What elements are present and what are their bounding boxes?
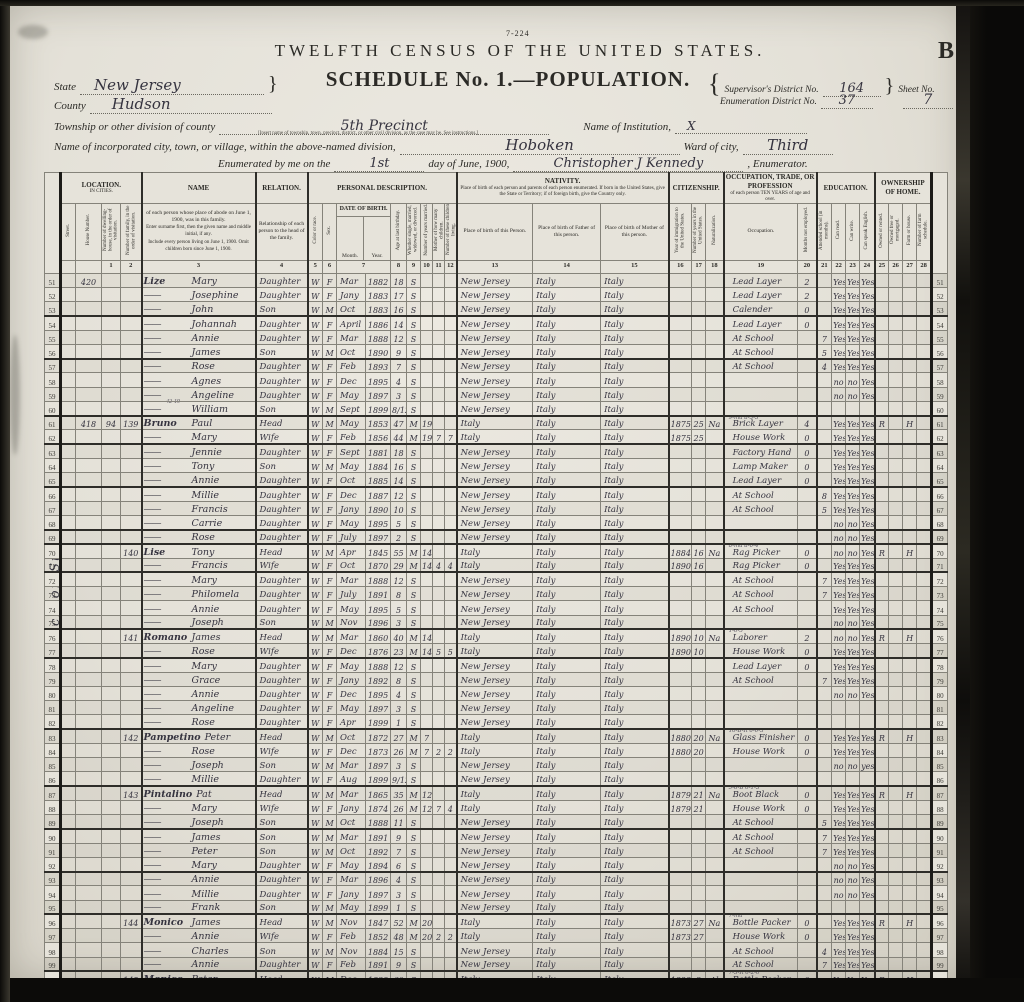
given-name: Annie xyxy=(188,689,220,700)
cell-farm-schedule xyxy=(917,886,932,900)
cell-line-number: 89 xyxy=(45,815,61,829)
cell-years-in-us xyxy=(692,373,706,387)
cell-pob-mother: Italy xyxy=(601,430,669,444)
cell-pob: New Jersey xyxy=(457,686,533,700)
cell-years-in-us xyxy=(692,501,706,515)
cell-occupation: At School xyxy=(724,601,798,615)
cell-pob-father: Italy xyxy=(533,359,601,373)
cell-children-living xyxy=(445,473,457,487)
colnum-7: 7 xyxy=(337,260,391,273)
cell-naturalization xyxy=(706,287,724,301)
cell-occupation xyxy=(724,872,798,886)
cell-birth-year: 1870 xyxy=(366,558,391,572)
cell-birth-year: 1895 xyxy=(366,686,391,700)
cell-color: W xyxy=(308,387,323,401)
occupation-text: Factory Hand xyxy=(733,448,792,458)
cell-can-english: Yes xyxy=(860,601,875,615)
cell-years-married: 19 xyxy=(421,430,433,444)
colnum-28: 28 xyxy=(917,260,932,273)
cell-can-english: Yes xyxy=(860,829,875,843)
cell-immigration-year xyxy=(669,615,692,629)
cell-birth-year: 1897 xyxy=(366,701,391,715)
group-ownership: OWNERSHIP OF HOME. xyxy=(875,173,932,204)
cell-can-english: Yes xyxy=(860,316,875,330)
cell-line-number: 63 xyxy=(932,444,948,458)
cell-months-not-employed xyxy=(798,615,817,629)
cell-can-english: Yes xyxy=(860,572,875,586)
cell-sex: M xyxy=(323,302,337,316)
cell-farm-schedule xyxy=(917,515,932,529)
cell-farm-schedule xyxy=(917,416,932,430)
cell-free-mortgaged xyxy=(889,444,903,458)
cell-naturalization xyxy=(706,615,724,629)
cell-name: ——Rose xyxy=(142,359,256,373)
age-label: Age at last birthday. xyxy=(396,210,401,250)
cell-months-not-employed: 0 xyxy=(798,444,817,458)
cell-school-months xyxy=(817,758,832,772)
cell-house-number xyxy=(76,886,102,900)
cell-house-number xyxy=(76,629,102,643)
cell-pob: Italy xyxy=(457,430,533,444)
cell-owned-rented xyxy=(875,957,889,971)
cell-school-months xyxy=(817,515,832,529)
cell-sex: F xyxy=(323,530,337,544)
colnum-24: 24 xyxy=(860,260,875,273)
cell-naturalization: Na xyxy=(706,544,724,558)
surname: Pintalino xyxy=(144,789,193,800)
cell-relation: Daughter xyxy=(256,672,308,686)
cell-owned-rented xyxy=(875,401,889,415)
cell-relation: Son xyxy=(256,843,308,857)
cell-sex: M xyxy=(323,416,337,430)
cell-occupation: Rag Picker xyxy=(724,558,798,572)
cell-color: W xyxy=(308,601,323,615)
cell-farm-house xyxy=(903,743,917,757)
months-not-employed-label: Months not employed. xyxy=(804,207,809,252)
cell-years-in-us xyxy=(692,957,706,971)
cell-can-read: Yes xyxy=(832,359,846,373)
col-school: Attended school (in months). xyxy=(817,204,832,261)
cell-family-number xyxy=(121,900,142,914)
cell-mother-of xyxy=(433,701,445,715)
cell-birth-month: Feb xyxy=(337,957,366,971)
cell-farm-house xyxy=(903,330,917,344)
cell-house-number xyxy=(76,772,102,786)
cell-months-not-employed xyxy=(798,344,817,358)
cell-birth-month: Nov xyxy=(337,943,366,957)
surname-ditto: —— xyxy=(144,774,188,785)
cell-pob: New Jersey xyxy=(457,487,533,501)
census-row: 62——MaryWifeWFFeb185644M1977ItalyItalyIt… xyxy=(45,430,948,444)
cell-farm-house xyxy=(903,686,917,700)
cell-birth-year: 1865 xyxy=(366,786,391,800)
cell-occupation: Lead Layer xyxy=(724,316,798,330)
col-children-living: Number of these children living. xyxy=(445,204,457,261)
cell-color: W xyxy=(308,743,323,757)
cell-sex: F xyxy=(323,273,337,287)
cell-marital: M xyxy=(407,800,421,814)
cell-family-number: 139 xyxy=(121,416,142,430)
cell-line-number: 90 xyxy=(932,829,948,843)
cell-pob: New Jersey xyxy=(457,615,533,629)
cell-marital: S xyxy=(407,473,421,487)
cell-family-number: 141 xyxy=(121,629,142,643)
cell-children-living: 2 xyxy=(445,929,457,943)
cell-name: ——Annie xyxy=(142,473,256,487)
cell-years-in-us: 16 xyxy=(692,558,706,572)
cell-can-read: Yes xyxy=(832,943,846,957)
cell-can-read: Yes xyxy=(832,473,846,487)
given-name: Mary xyxy=(188,575,217,586)
cell-line-number: 79 xyxy=(45,672,61,686)
surname-ditto: —— xyxy=(144,959,188,970)
cell-months-not-employed xyxy=(798,815,817,829)
cell-can-write: Yes xyxy=(846,416,860,430)
cell-immigration-year: 1880 xyxy=(669,729,692,743)
cell-immigration-year xyxy=(669,715,692,729)
cell-pob: New Jersey xyxy=(457,715,533,729)
cell-years-in-us xyxy=(692,772,706,786)
cell-mother-of xyxy=(433,587,445,601)
cell-children-living: 4 xyxy=(445,558,457,572)
cell-pob-father: Italy xyxy=(533,458,601,472)
cell-line-number: 58 xyxy=(45,373,61,387)
cell-relation: Daughter xyxy=(256,473,308,487)
cell-house-number xyxy=(76,302,102,316)
cell-color: W xyxy=(308,515,323,529)
col-house-number: House Number. xyxy=(76,204,102,261)
cell-naturalization xyxy=(706,943,724,957)
cell-street xyxy=(61,530,76,544)
cell-birth-month: Dec xyxy=(337,743,366,757)
cell-street xyxy=(61,359,76,373)
colnum-26: 26 xyxy=(889,260,903,273)
cell-can-english: Yes xyxy=(860,587,875,601)
given-name: Peter xyxy=(201,732,231,743)
cell-color: W xyxy=(308,729,323,743)
cell-can-english xyxy=(860,772,875,786)
cell-house-number xyxy=(76,373,102,387)
cell-age: 4 xyxy=(391,686,407,700)
cell-age: 8/12 xyxy=(391,401,407,415)
cell-free-mortgaged xyxy=(889,601,903,615)
surname-ditto: —— xyxy=(144,746,188,757)
surname-ditto: —— xyxy=(144,874,188,885)
cell-name: ——Annie xyxy=(142,929,256,943)
cell-years-in-us xyxy=(692,715,706,729)
cell-farm-house xyxy=(903,587,917,601)
given-name: James xyxy=(188,832,221,843)
cell-years-married xyxy=(421,473,433,487)
census-row: 75——JosephSonWMNov18963SNew JerseyItalyI… xyxy=(45,615,948,629)
colnum-25: 25 xyxy=(875,260,889,273)
cell-months-not-employed: 0 xyxy=(798,558,817,572)
cell-farm-schedule xyxy=(917,487,932,501)
col-marital: Whether single, married, widowed, or div… xyxy=(407,204,421,261)
cell-sex: F xyxy=(323,501,337,515)
cell-street xyxy=(61,914,76,928)
cell-owned-rented xyxy=(875,701,889,715)
surname-ditto: —— xyxy=(144,689,188,700)
cell-pob: New Jersey xyxy=(457,501,533,515)
cell-immigration-year: 1875 xyxy=(669,416,692,430)
occupation-text: At School xyxy=(733,576,774,586)
cell-can-english: Yes xyxy=(860,886,875,900)
cell-family-number: 142 xyxy=(121,729,142,743)
cell-years-in-us xyxy=(692,601,706,615)
occupation-annotation: 7-ma xyxy=(729,914,743,920)
cell-color: W xyxy=(308,273,323,287)
cell-farm-house xyxy=(903,843,917,857)
cell-years-married: 20 xyxy=(421,929,433,943)
cell-dwelling-number xyxy=(102,501,121,515)
cell-owned-rented xyxy=(875,444,889,458)
cell-school-months xyxy=(817,929,832,943)
surname-ditto: —— xyxy=(144,376,188,387)
cell-months-not-employed xyxy=(798,373,817,387)
cell-children-living xyxy=(445,857,457,871)
census-row: 63——JennieDaughterWFSept188118SNew Jerse… xyxy=(45,444,948,458)
cell-pob-father: Italy xyxy=(533,544,601,558)
cell-school-months: 5 xyxy=(817,344,832,358)
cell-years-married: 12 xyxy=(421,786,433,800)
cell-owned-rented xyxy=(875,644,889,658)
col-age: Age at last birthday. xyxy=(391,204,407,261)
cell-age: 26 xyxy=(391,800,407,814)
cell-birth-month: Oct xyxy=(337,302,366,316)
cell-sex: F xyxy=(323,515,337,529)
census-row: 79——GraceDaughterWFJany18928SNew JerseyI… xyxy=(45,672,948,686)
row-number-header-right xyxy=(932,173,948,274)
farm-schedule-label: Number of farm schedule. xyxy=(918,204,929,256)
cell-occupation: Factory Hand xyxy=(724,444,798,458)
cell-owned-rented xyxy=(875,316,889,330)
cell-sex: F xyxy=(323,872,337,886)
colnum-10: 10 xyxy=(421,260,433,273)
cell-line-number: 70 xyxy=(45,544,61,558)
given-name: Tony xyxy=(188,547,215,558)
cell-birth-year: 1886 xyxy=(366,316,391,330)
cell-street xyxy=(61,786,76,800)
cell-years-married xyxy=(421,658,433,672)
cell-age: 5 xyxy=(391,601,407,615)
cell-can-read: Yes xyxy=(832,672,846,686)
cell-dwelling-number xyxy=(102,929,121,943)
cell-relation: Wife xyxy=(256,430,308,444)
cell-farm-schedule xyxy=(917,815,932,829)
cell-owned-rented xyxy=(875,743,889,757)
cell-children-living xyxy=(445,316,457,330)
surname-ditto: —— xyxy=(144,404,188,415)
cell-owned-rented xyxy=(875,943,889,957)
cell-mother-of xyxy=(433,316,445,330)
dwelling-label: Number of dwelling-house, in the order o… xyxy=(103,204,119,256)
cell-birth-year: 1847 xyxy=(366,914,391,928)
cell-pob: New Jersey xyxy=(457,829,533,843)
cell-children-living xyxy=(445,344,457,358)
cell-street xyxy=(61,316,76,330)
cell-marital: S xyxy=(407,601,421,615)
cell-naturalization: Na xyxy=(706,629,724,643)
cell-birth-year: 1876 xyxy=(366,644,391,658)
cell-house-number xyxy=(76,743,102,757)
cell-mother-of xyxy=(433,772,445,786)
cell-dwelling-number: 94 xyxy=(102,416,121,430)
cell-dwelling-number xyxy=(102,686,121,700)
cell-birth-year: 1881 xyxy=(366,444,391,458)
name-line2: Enter surname first, then the given name… xyxy=(146,225,251,237)
cell-birth-month: Feb xyxy=(337,929,366,943)
schedule-title: SCHEDULE No. 1.—POPULATION. xyxy=(326,67,690,92)
cell-years-in-us xyxy=(692,487,706,501)
cell-can-write: Yes xyxy=(846,943,860,957)
cell-can-read: Yes xyxy=(832,800,846,814)
cell-street xyxy=(61,558,76,572)
cell-pob: New Jersey xyxy=(457,458,533,472)
cell-pob-mother: Italy xyxy=(601,815,669,829)
cell-marital: M xyxy=(407,629,421,643)
cell-family-number xyxy=(121,701,142,715)
cell-years-in-us xyxy=(692,672,706,686)
cell-free-mortgaged xyxy=(889,302,903,316)
cell-immigration-year: 1879 xyxy=(669,800,692,814)
cell-occupation: At School xyxy=(724,344,798,358)
cell-months-not-employed xyxy=(798,772,817,786)
given-name: Mary xyxy=(188,432,217,443)
cell-free-mortgaged xyxy=(889,786,903,800)
cell-can-english: Yes xyxy=(860,914,875,928)
cell-color: W xyxy=(308,658,323,672)
given-name: Charles xyxy=(188,946,229,957)
cell-years-married xyxy=(421,900,433,914)
colnum-3: 3 xyxy=(142,260,256,273)
cell-street xyxy=(61,444,76,458)
cell-years-married xyxy=(421,829,433,843)
given-name: Annie xyxy=(188,874,220,885)
cell-birth-month: Mar xyxy=(337,872,366,886)
cell-relation: Daughter xyxy=(256,487,308,501)
cell-farm-house xyxy=(903,800,917,814)
cell-can-write: Yes xyxy=(846,601,860,615)
cell-can-read: Yes xyxy=(832,786,846,800)
cell-years-in-us xyxy=(692,387,706,401)
surname-ditto: —— xyxy=(144,560,188,571)
cell-relation: Wife xyxy=(256,800,308,814)
cell-can-english: Yes xyxy=(860,373,875,387)
cell-dwelling-number xyxy=(102,444,121,458)
cell-years-in-us xyxy=(692,273,706,287)
cell-marital: S xyxy=(407,815,421,829)
dob-year-label: Year. xyxy=(364,217,390,260)
census-row: 68——CarrieDaughterWFMay18955SNew JerseyI… xyxy=(45,515,948,529)
cell-color: W xyxy=(308,458,323,472)
cell-age: 27 xyxy=(391,729,407,743)
cell-pob-mother: Italy xyxy=(601,843,669,857)
cell-pob: Italy xyxy=(457,800,533,814)
cell-color: W xyxy=(308,558,323,572)
cell-can-write: no xyxy=(846,615,860,629)
cell-can-english: Yes xyxy=(860,672,875,686)
cell-pob-father: Italy xyxy=(533,287,601,301)
cell-pob-mother: Italy xyxy=(601,914,669,928)
cell-birth-month: May xyxy=(337,701,366,715)
cell-can-read: Yes xyxy=(832,729,846,743)
cell-can-english: Yes xyxy=(860,729,875,743)
cell-line-number: 83 xyxy=(932,729,948,743)
cell-pob-mother: Italy xyxy=(601,872,669,886)
surname-ditto: —— xyxy=(144,504,188,515)
cell-children-living xyxy=(445,829,457,843)
cell-occupation: Lead Layer xyxy=(724,658,798,672)
given-name: Joseph xyxy=(188,817,224,828)
census-row: 59——AngelineDaughterWFMay18973SNew Jerse… xyxy=(45,387,948,401)
cell-can-english xyxy=(860,715,875,729)
cell-months-not-employed: 2 xyxy=(798,629,817,643)
cell-occupation: At School xyxy=(724,487,798,501)
cell-birth-month: Jany xyxy=(337,501,366,515)
cell-birth-year: 1899 xyxy=(366,900,391,914)
col-relation-desc: Relationship of each person to the head … xyxy=(256,204,308,261)
cell-farm-schedule xyxy=(917,872,932,886)
cell-age: 6 xyxy=(391,857,407,871)
cell-pob: Italy xyxy=(457,544,533,558)
cell-free-mortgaged xyxy=(889,644,903,658)
cell-relation: Daughter xyxy=(256,330,308,344)
cell-sex: M xyxy=(323,914,337,928)
cell-children-living: 5 xyxy=(445,644,457,658)
cell-can-read: Yes xyxy=(832,815,846,829)
cell-marital: S xyxy=(407,715,421,729)
cell-street xyxy=(61,344,76,358)
cell-dwelling-number xyxy=(102,430,121,444)
cell-children-living: 7 xyxy=(445,430,457,444)
census-row: 87143PintalinoPatHeadWMMar186535M12Italy… xyxy=(45,786,948,800)
cell-pob-father: Italy xyxy=(533,815,601,829)
cell-children-living xyxy=(445,544,457,558)
occupation-text: At School xyxy=(733,505,774,515)
cell-immigration-year xyxy=(669,758,692,772)
occupation-text: Calender xyxy=(733,305,772,315)
cell-years-married xyxy=(421,501,433,515)
corner-letter: B xyxy=(938,38,954,65)
cell-birth-year: 1896 xyxy=(366,872,391,886)
cell-immigration-year xyxy=(669,772,692,786)
col-owned-rented: Owned or rented. xyxy=(875,204,889,261)
cell-marital: S xyxy=(407,273,421,287)
cell-years-married: 20 xyxy=(421,914,433,928)
cell-occupation: At School xyxy=(724,815,798,829)
cell-children-living xyxy=(445,729,457,743)
cell-naturalization xyxy=(706,401,724,415)
cell-occupation: At School xyxy=(724,843,798,857)
cell-years-married xyxy=(421,601,433,615)
cell-months-not-employed xyxy=(798,487,817,501)
cell-marital: S xyxy=(407,515,421,529)
cell-occupation xyxy=(724,515,798,529)
cell-can-write: Yes xyxy=(846,829,860,843)
occupation-annotation: 9-ma 8-3-5 xyxy=(729,416,759,422)
cell-years-in-us: 27 xyxy=(692,914,706,928)
cell-color: W xyxy=(308,444,323,458)
cell-birth-month: Dec xyxy=(337,686,366,700)
cell-relation: Son xyxy=(256,900,308,914)
cell-house-number xyxy=(76,872,102,886)
cell-mother-of xyxy=(433,458,445,472)
cell-house-number xyxy=(76,544,102,558)
cell-sex: F xyxy=(323,701,337,715)
surname-ditto: —— xyxy=(144,817,188,828)
group-education: EDUCATION. xyxy=(817,173,875,204)
